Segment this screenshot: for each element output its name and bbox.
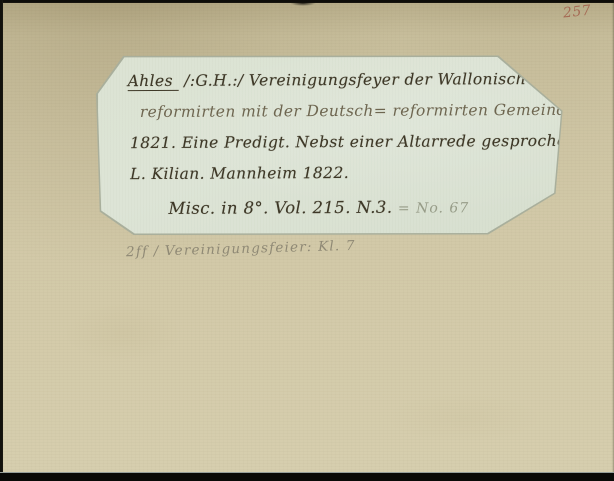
entry-line-4: L. Kilian. Mannheim 1822. xyxy=(130,156,549,189)
paper-stain xyxy=(383,393,543,443)
folio-number: 257 xyxy=(562,3,592,22)
entry-line-1-text: /:G.H.:/ Vereinigungsfeyer der Wallonisc… xyxy=(178,69,539,89)
shelfmark: Misc. in 8°. Vol. 215. N.3. xyxy=(168,197,392,217)
photographed-catalog-card: Ahles /:G.H.:/ Vereinigungsfeyer der Wal… xyxy=(0,0,614,481)
author-name: Ahles xyxy=(127,71,178,90)
shelfmark-pencil-addition: = No. 67 xyxy=(392,200,469,216)
entry-line-2: reformirten mit der Deutsch= reformirten… xyxy=(139,94,548,127)
catalog-label-surface: Ahles /:G.H.:/ Vereinigungsfeyer der Wal… xyxy=(98,57,563,234)
handwritten-entry: Ahles /:G.H.:/ Vereinigungsfeyer der Wal… xyxy=(127,63,549,225)
entry-line-1: Ahles /:G.H.:/ Vereinigungsfeyer der Wal… xyxy=(127,63,548,96)
catalog-label: Ahles /:G.H.:/ Vereinigungsfeyer der Wal… xyxy=(96,55,564,235)
shelfmark-line: Misc. in 8°. Vol. 215. N.3. = No. 67 xyxy=(128,191,509,226)
entry-line-3: 1821. Eine Predigt. Nebst einer Altarred… xyxy=(129,125,548,158)
paper-stain xyxy=(63,303,183,363)
